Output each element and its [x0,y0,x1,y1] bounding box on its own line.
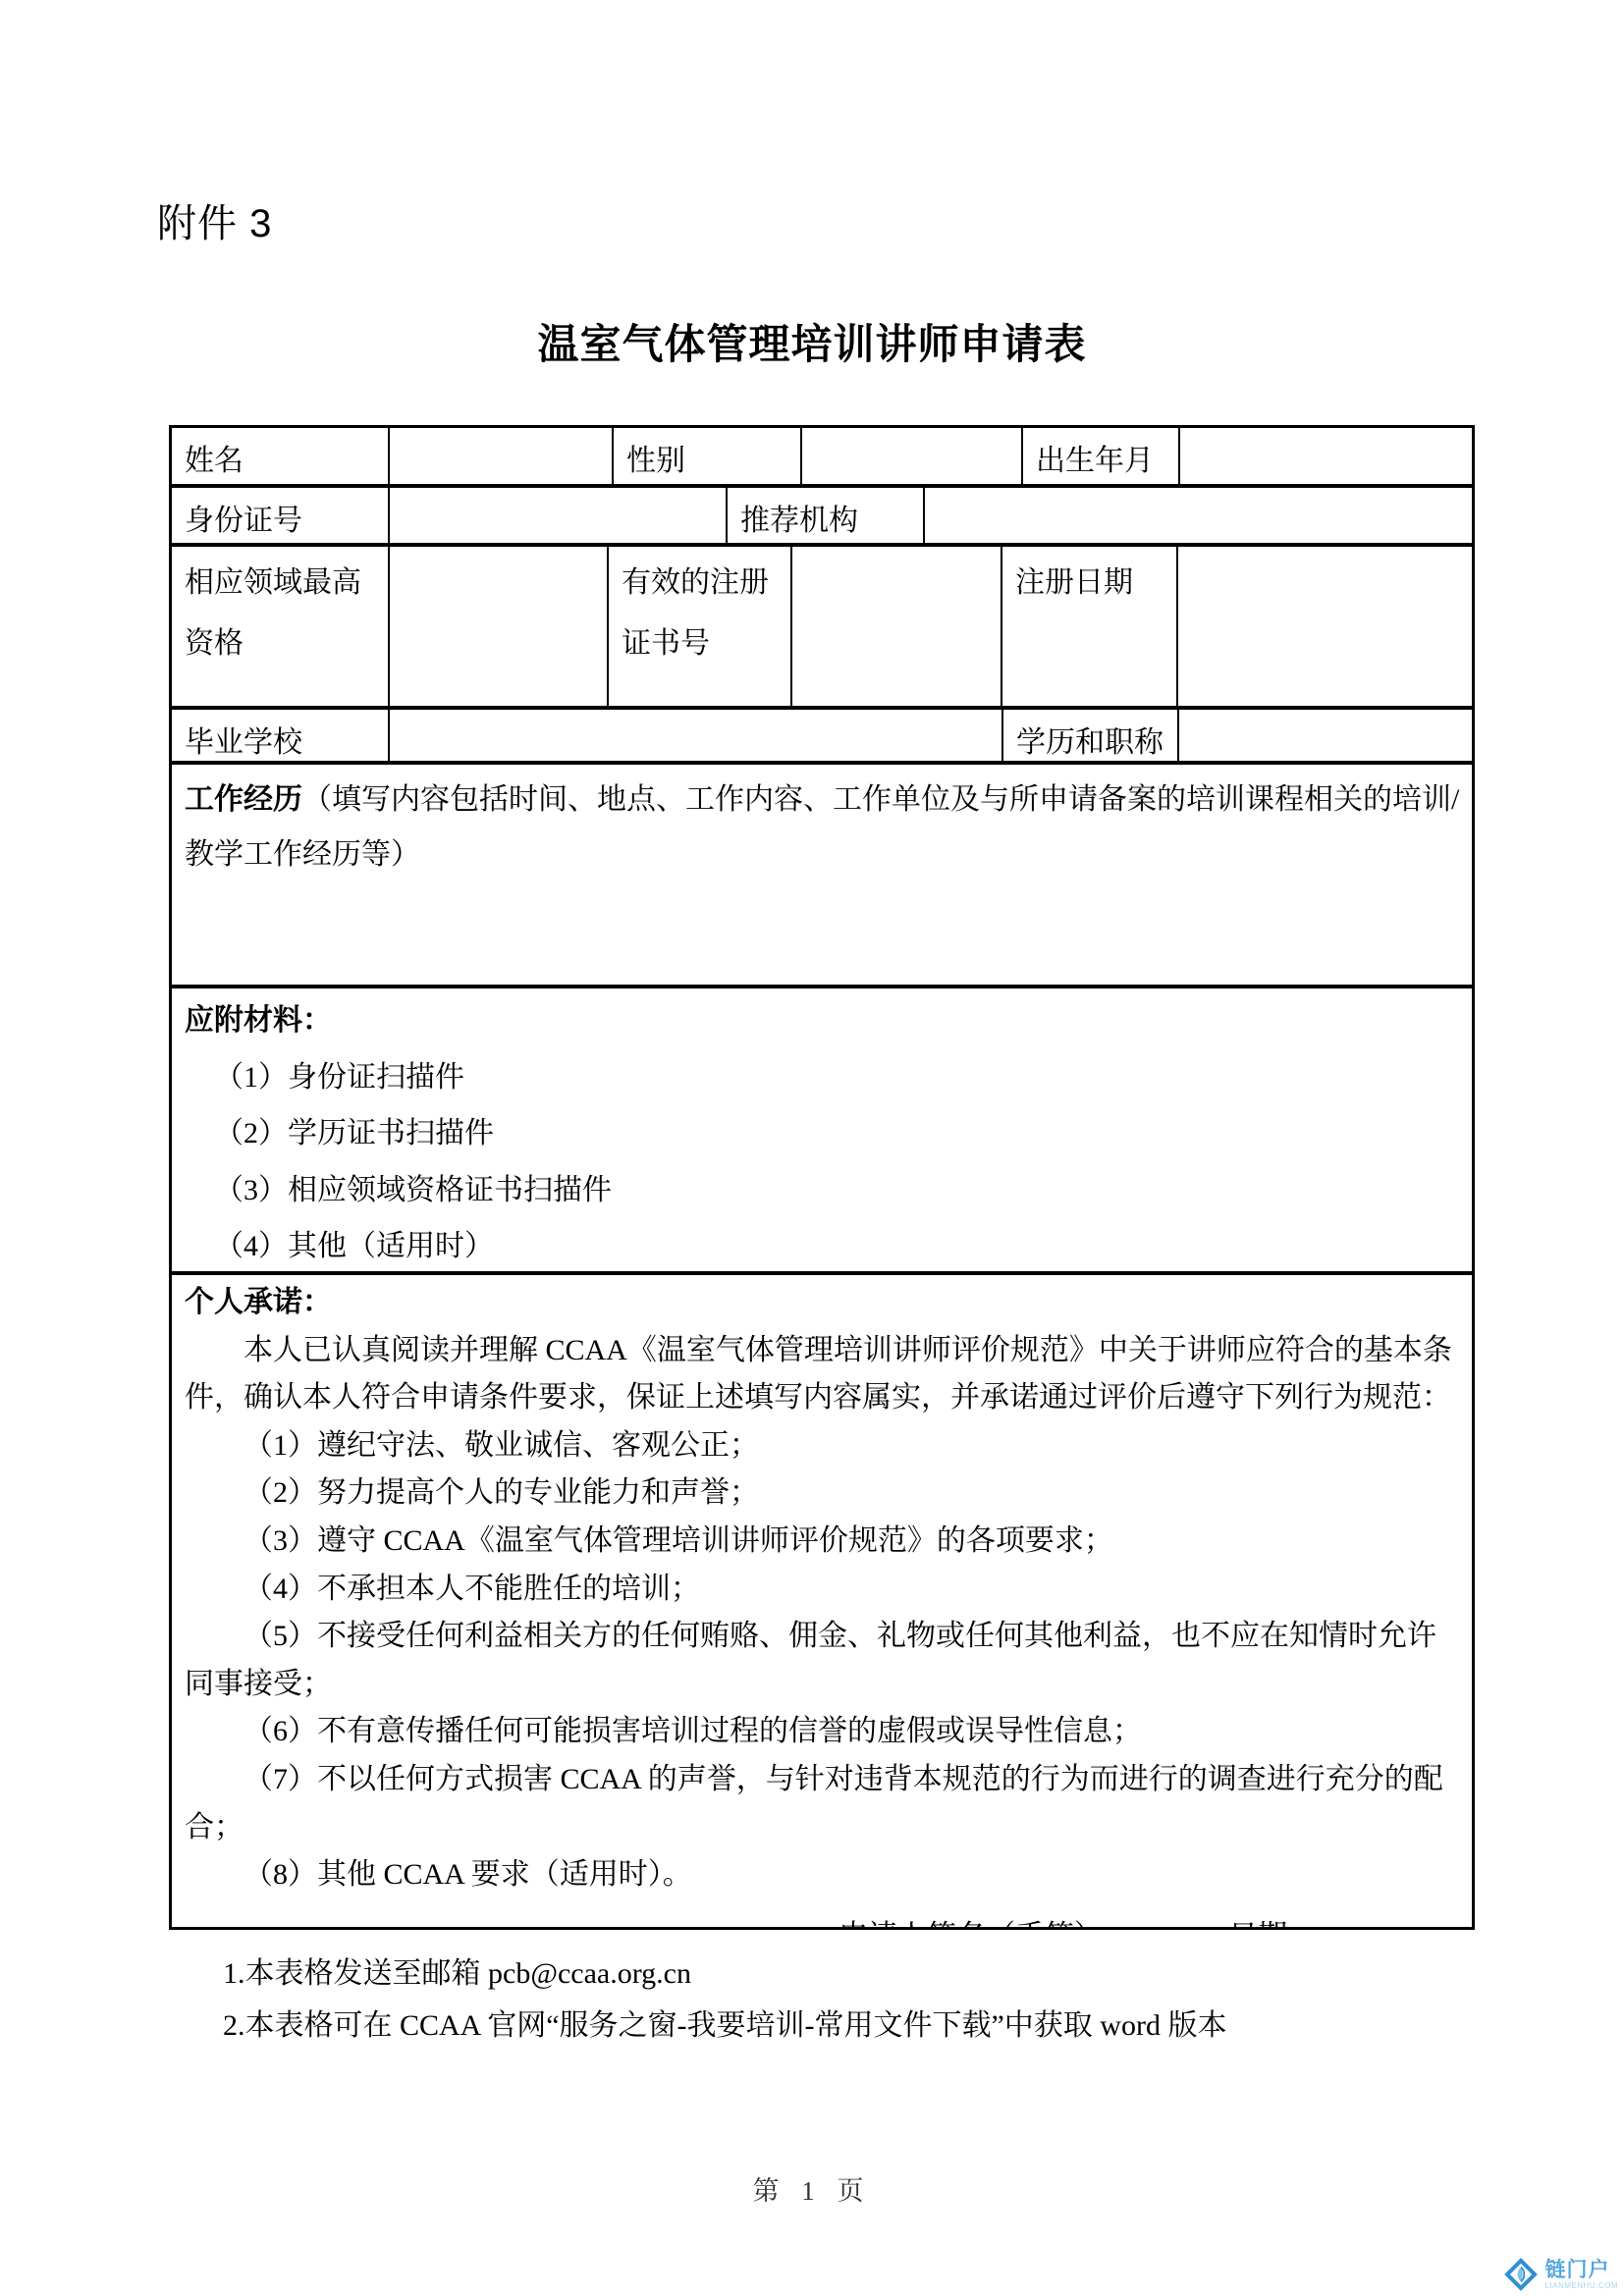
highest-qualification-input-cell[interactable] [388,547,607,706]
work-experience-note: （填写内容包括时间、地点、工作内容、工作单位及与所申请备案的培训课程相关的培训/… [185,783,1459,871]
form-row-work-experience: 工作经历（填写内容包括时间、地点、工作内容、工作单位及与所申请备案的培训课程相关… [172,761,1472,985]
commitment-item-4: （4）不承担本人不能胜任的培训； [185,1566,1464,1614]
commitment-item-1: （1）遵纪守法、敬业诚信、客观公正； [185,1422,1464,1470]
form-row-basic-info: 姓名 性别 出生年月 [172,428,1472,484]
watermark-domain: LIANMENHU.COM [1544,2282,1618,2290]
commitment-item-6: （6）不有意传播任何可能损害培训过程的信誉的虚假或误导性信息； [185,1708,1464,1756]
registration-date-input-cell[interactable] [1176,547,1472,706]
birthdate-input-cell[interactable] [1178,428,1472,484]
commitment-item-5: （5）不接受任何利益相关方的任何贿赂、佣金、礼物或任何其他利益，也不应在知情时允… [185,1613,1464,1708]
name-input-cell[interactable] [388,428,612,484]
attachment-item-2: （2）学历证书扫描件 [185,1105,1464,1162]
registration-date-label: 注册日期 [1001,547,1176,706]
page-number: 第 1 页 [0,2169,1624,2208]
commitment-item-8: （8）其他 CCAA 要求（适用时）。 [185,1851,1464,1899]
highest-qualification-label: 相应领域最高资格 [172,547,388,706]
commitment-intro: 本人已认真阅读并理解 CCAA《温室气体管理培训讲师评价规范》中关于讲师应符合的… [185,1327,1464,1422]
note-download-source: 2.本表格可在 CCAA 官网“服务之窗-我要培训-常用文件下载”中获取 wor… [223,2001,1226,2053]
signature-label: 申请人签名（手签）： [839,1913,1118,1927]
form-row-attachments: 应附材料： （1）身份证扫描件 （2）学历证书扫描件 （3）相应领域资格证书扫描… [172,985,1472,1271]
watermark-lianmenhu: 链门户 LIANMENHU.COM [1503,2257,1618,2292]
commitment-item-2: （2）努力提高个人的专业能力和声誉； [185,1469,1464,1518]
date-label: 日期： [1228,1913,1317,1927]
education-title-input-cell[interactable] [1177,710,1472,761]
page-title: 温室气体管理培训讲师申请表 [0,312,1624,371]
attachment-item-3: （3）相应领域资格证书扫描件 [185,1162,1464,1219]
work-experience-label: 工作经历 [185,783,302,816]
name-label: 姓名 [172,428,388,484]
signature-row: 申请人签名（手签）： 日期： [185,1913,1464,1927]
recommending-org-input-cell[interactable] [923,488,1472,543]
valid-cert-no-label: 有效的注册证书号 [607,547,790,706]
gender-label: 性别 [612,428,800,484]
note-send-email: 1.本表格发送至邮箱 pcb@ccaa.org.cn [223,1949,1226,2001]
application-form-table: 姓名 性别 出生年月 身份证号 推荐机构 相应领域最高资格 有效的注册证书号 注… [169,425,1475,1930]
form-row-school: 毕业学校 学历和职称 [172,706,1472,761]
document-page: 附件 3 温室气体管理培训讲师申请表 姓名 性别 出生年月 身份证号 推荐机构 … [0,0,1624,2296]
commitment-item-7: （7）不以任何方式损害 CCAA 的声誉，与针对违背本规范的行为而进行的调查进行… [185,1756,1464,1851]
attachment-label: 附件 3 [157,192,272,248]
form-row-qualification: 相应领域最高资格 有效的注册证书号 注册日期 [172,543,1472,706]
education-title-label: 学历和职称 [1001,710,1177,761]
footer-notes: 1.本表格发送至邮箱 pcb@ccaa.org.cn 2.本表格可在 CCAA … [223,1949,1226,2053]
watermark-name: 链门户 [1544,2260,1618,2280]
commitment-item-3: （3）遵守 CCAA《温室气体管理培训讲师评价规范》的各项要求； [185,1518,1464,1566]
graduate-school-label: 毕业学校 [172,710,388,761]
id-number-input-cell[interactable] [388,488,726,543]
form-row-commitment: 个人承诺： 本人已认真阅读并理解 CCAA《温室气体管理培训讲师评价规范》中关于… [172,1271,1472,1927]
commitment-cell: 个人承诺： 本人已认真阅读并理解 CCAA《温室气体管理培训讲师评价规范》中关于… [172,1275,1472,1927]
work-experience-cell[interactable]: 工作经历（填写内容包括时间、地点、工作内容、工作单位及与所申请备案的培训课程相关… [172,765,1472,985]
commitment-heading: 个人承诺： [185,1279,1464,1327]
attachments-cell: 应附材料： （1）身份证扫描件 （2）学历证书扫描件 （3）相应领域资格证书扫描… [172,988,1472,1271]
lianmenhu-logo-icon [1503,2257,1539,2292]
attachment-item-4: （4）其他（适用时） [185,1218,1464,1271]
graduate-school-input-cell[interactable] [388,710,1001,761]
attachments-heading: 应附材料： [185,992,1464,1049]
recommending-org-label: 推荐机构 [726,488,923,543]
attachment-item-1: （1）身份证扫描件 [185,1049,1464,1106]
id-number-label: 身份证号 [172,488,388,543]
birthdate-label: 出生年月 [1021,428,1178,484]
valid-cert-no-input-cell[interactable] [790,547,1001,706]
gender-input-cell[interactable] [800,428,1021,484]
form-row-id: 身份证号 推荐机构 [172,484,1472,543]
